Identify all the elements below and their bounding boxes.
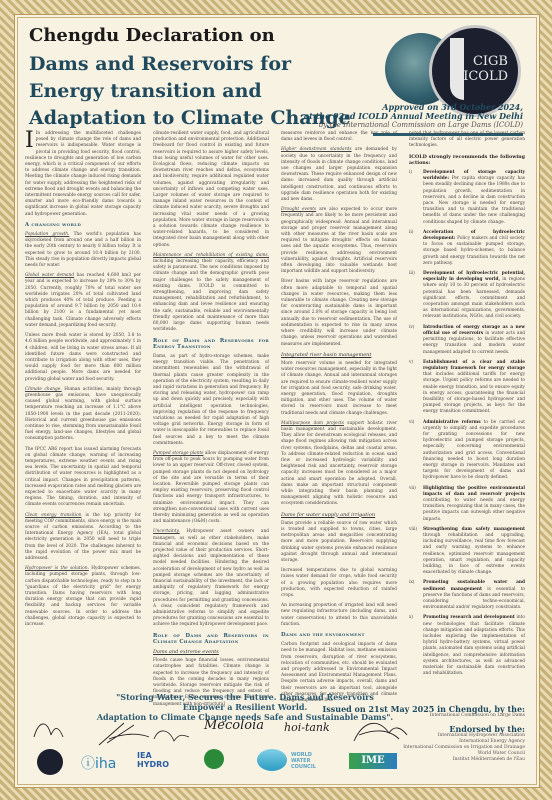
paragraph: Dams, as part of hydro-storage schemes, … xyxy=(153,354,269,447)
logo-text-cigb: CIGB xyxy=(473,54,508,69)
paragraph: River basins with large reservoir regula… xyxy=(281,279,397,347)
signature-strokes-icon: Mecoloia hoi-tank xyxy=(29,715,409,749)
recommendation-item: iii)Development of hydroelectric potenti… xyxy=(409,271,525,321)
paragraph: The IPCC AR6 report has issued alarming … xyxy=(25,447,141,509)
paragraph: More reservoir volume is needed for inte… xyxy=(281,361,397,417)
dam-icon xyxy=(450,38,464,100)
column-2: climate-resilient water supply, food, an… xyxy=(153,131,269,706)
approved-meeting: at the 92nd ICOLD Annual Meeting in New … xyxy=(304,112,523,121)
recommendations-heading: ICOLD strongly recommends the following … xyxy=(409,154,525,166)
approval-note: Approved on 3rd October 2024, at the 92n… xyxy=(304,103,523,130)
subheading-water-supply: Dams for water supply and irrigation xyxy=(281,512,397,518)
approved-by: by the International Commission on Large… xyxy=(304,121,523,130)
cigb-icold-logo: CIGBICOLD xyxy=(385,25,525,111)
recommendation-item: iv)Introduction of energy storage as a n… xyxy=(409,325,525,356)
paragraph: Multipurpose dam projects support holist… xyxy=(281,421,397,508)
partner-logos: ⓘiha IEAHYDRO WORLDWATERCOUNCIL IME xyxy=(29,749,404,779)
column-4: noted that hydropower has one of the low… xyxy=(409,131,525,706)
column-3: measures reinforce and enhance the key r… xyxy=(281,131,397,706)
iha-logo: ⓘiha xyxy=(81,753,116,773)
paragraph: noted that hydropower has one of the low… xyxy=(409,131,525,150)
recommendation-item: vii)Highlighting the positive environmen… xyxy=(409,486,525,523)
recommendation-item: viii)Strengthening dam safety management… xyxy=(409,527,525,577)
title-line-1: Chengdu Declaration on xyxy=(29,25,275,46)
paragraph: Higher downstream standards are demanded… xyxy=(281,147,397,203)
paragraph: measures reinforce and enhance the key r… xyxy=(281,131,397,143)
paragraph: An increasing proportion of irrigated la… xyxy=(281,603,397,628)
iea-hydro-logo: IEAHYDRO xyxy=(137,751,169,769)
declaration-page: Chengdu Declaration on Dams and Reservoi… xyxy=(14,14,540,788)
section-heading-changing-world: A changing world xyxy=(25,222,141,228)
recommendation-item: vi)Administrative reforms to be carried … xyxy=(409,420,525,482)
issued-date: Issued on 21st May 2025 in Chengdu, by t… xyxy=(323,705,526,713)
paragraph: Clean energy transition is the top prior… xyxy=(25,513,141,563)
drop-cap: I xyxy=(25,132,34,150)
section-heading-energy-transition: Role of Dams and Reservoirs for Energy T… xyxy=(153,338,269,350)
recommendation-item: i)Development of storage capacity worldw… xyxy=(409,170,525,226)
ime-logo: IME xyxy=(349,753,397,769)
recommendation-item: v)Establishment of a clear and stable re… xyxy=(409,360,525,416)
icid-logo xyxy=(204,749,224,769)
icold-logo xyxy=(37,749,63,775)
paragraph: Unless more fresh water is stored by 205… xyxy=(25,333,141,383)
recommendation-item: x)Promoting research and development int… xyxy=(409,615,525,677)
subheading-extreme-events: Dams and extreme events xyxy=(153,649,269,655)
paragraph: Increased temperatures due to global war… xyxy=(281,568,397,599)
paragraph: Maintenance and rehabilitation of existi… xyxy=(153,253,269,334)
recommendation-item: ix)Promoting sustainable water and sedim… xyxy=(409,580,525,611)
signatures: Mecoloia hoi-tank xyxy=(29,715,409,747)
intro-paragraph: IIn addressing the multifaceted challeng… xyxy=(25,131,141,218)
paragraph: Drought events are also expected to occu… xyxy=(281,207,397,275)
paragraph: Dams provide a reliable source of raw wa… xyxy=(281,521,397,564)
paragraph: Pumped storage plants allow displacement… xyxy=(153,451,269,525)
paragraph: Global water demand has reached 4,600 km… xyxy=(25,273,141,329)
logo-text-icold: ICOLD xyxy=(463,69,508,84)
subheading-river-basin: Integrated river basin management xyxy=(281,352,397,358)
svg-text:hoi-tank: hoi-tank xyxy=(284,721,330,734)
paragraph: Population growth. The world's populatio… xyxy=(25,232,141,269)
recommendation-item: ii)Acceleration of hydroelectric develop… xyxy=(409,230,525,267)
paragraph: Hydropower is the solution. Hydropower s… xyxy=(25,566,141,628)
wwc-logo xyxy=(257,749,287,771)
section-heading-environment: Dams and the environment xyxy=(281,632,397,638)
column-1: IIn addressing the multifaceted challeng… xyxy=(25,131,141,706)
svg-text:Mecoloia: Mecoloia xyxy=(203,718,264,733)
paragraph: Uncertainty. Hydropower asset owners and… xyxy=(153,529,269,628)
paragraph: Climate change. Human activities, mainly… xyxy=(25,387,141,443)
section-heading-climate-adaptation: Role of Dams and Reservoirs in Climate C… xyxy=(153,633,269,645)
wwc-text: WORLDWATERCOUNCIL xyxy=(291,752,316,770)
paragraph: climate-resilient water supply, food, an… xyxy=(153,131,269,249)
